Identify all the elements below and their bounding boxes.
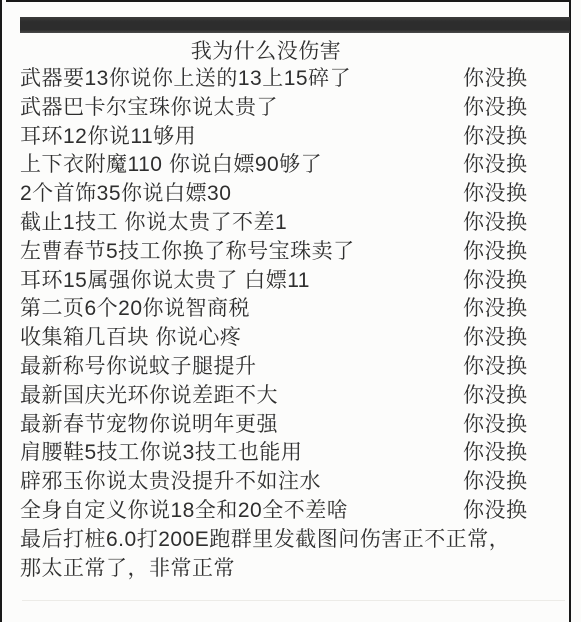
item-status: 你没换 xyxy=(463,411,528,440)
bottom-faint-line xyxy=(22,600,565,601)
item-text: 左曹春节5技工你换了称号宝珠卖了 xyxy=(20,238,355,267)
item-status: 你没换 xyxy=(463,382,528,411)
item-text: 武器要13你说你上送的13上15碎了 xyxy=(20,65,351,94)
list-item: 耳环15属强你说太贵了 白嫖11你没换 xyxy=(20,267,557,296)
item-status: 你没换 xyxy=(463,238,528,267)
list-item: 收集箱几百块 你说心疼你没换 xyxy=(20,324,557,353)
list-item: 2个首饰35你说白嫖30你没换 xyxy=(20,180,557,209)
list-item: 耳环12你说11够用你没换 xyxy=(20,123,557,152)
item-status: 你没换 xyxy=(463,209,528,238)
item-text: 2个首饰35你说白嫖30 xyxy=(20,180,231,209)
item-text: 最新国庆光环你说差距不大 xyxy=(20,382,278,411)
item-status: 你没换 xyxy=(463,353,528,382)
item-text: 截止1技工 你说太贵了不差1 xyxy=(20,209,287,238)
item-text: 第二页6个20你说智商税 xyxy=(20,295,250,324)
left-frame-line xyxy=(0,0,2,622)
item-text: 最新春节宠物你说明年更强 xyxy=(20,411,278,440)
item-status: 你没换 xyxy=(463,468,528,497)
item-status: 你没换 xyxy=(463,439,528,468)
list-item: 最新春节宠物你说明年更强你没换 xyxy=(20,411,557,440)
list-item: 辟邪玉你说太贵没提升不如注水你没换 xyxy=(20,468,557,497)
dark-header-bar xyxy=(20,17,570,33)
item-status: 你没换 xyxy=(463,123,528,152)
list-item: 第二页6个20你说智商税你没换 xyxy=(20,295,557,324)
item-text: 收集箱几百块 你说心疼 xyxy=(20,324,241,353)
list-item: 全身自定义你说18全和20全不差啥你没换 xyxy=(20,497,557,526)
list-item: 左曹春节5技工你换了称号宝珠卖了你没换 xyxy=(20,238,557,267)
item-text: 辟邪玉你说太贵没提升不如注水 xyxy=(20,468,321,497)
page-title: 我为什么没伤害 xyxy=(20,38,512,65)
item-status: 你没换 xyxy=(463,324,528,353)
item-status: 你没换 xyxy=(463,267,528,296)
list-item: 最新称号你说蚊子腿提升你没换 xyxy=(20,353,557,382)
text-content: 我为什么没伤害 武器要13你说你上送的13上15碎了你没换武器巴卡尔宝珠你说太贵… xyxy=(20,38,557,583)
item-status: 你没换 xyxy=(463,151,528,180)
damage-list: 武器要13你说你上送的13上15碎了你没换武器巴卡尔宝珠你说太贵了你没换耳环12… xyxy=(20,65,557,526)
item-status: 你没换 xyxy=(463,295,528,324)
list-item: 上下衣附魔110 你说白嫖90够了你没换 xyxy=(20,151,557,180)
footer-line: 那太正常了，非常正常 xyxy=(20,555,557,584)
item-text: 耳环15属强你说太贵了 白嫖11 xyxy=(20,267,310,296)
item-text: 耳环12你说11够用 xyxy=(20,123,196,152)
top-frame-line xyxy=(6,0,571,2)
list-item: 截止1技工 你说太贵了不差1你没换 xyxy=(20,209,557,238)
right-frame-line xyxy=(569,0,571,622)
item-status: 你没换 xyxy=(463,497,528,526)
footer-lines: 最后打桩6.0打200E跑群里发截图问伤害正不正常， 那太正常了，非常正常 xyxy=(20,526,557,584)
list-item: 武器要13你说你上送的13上15碎了你没换 xyxy=(20,65,557,94)
item-text: 上下衣附魔110 你说白嫖90够了 xyxy=(20,151,322,180)
list-item: 最新国庆光环你说差距不大你没换 xyxy=(20,382,557,411)
screenshot-page: 我为什么没伤害 武器要13你说你上送的13上15碎了你没换武器巴卡尔宝珠你说太贵… xyxy=(0,0,581,622)
item-status: 你没换 xyxy=(463,94,528,123)
item-text: 肩腰鞋5技工你说3技工也能用 xyxy=(20,439,302,468)
item-status: 你没换 xyxy=(463,180,528,209)
item-text: 全身自定义你说18全和20全不差啥 xyxy=(20,497,348,526)
item-text: 武器巴卡尔宝珠你说太贵了 xyxy=(20,94,278,123)
list-item: 武器巴卡尔宝珠你说太贵了你没换 xyxy=(20,94,557,123)
footer-line: 最后打桩6.0打200E跑群里发截图问伤害正不正常， xyxy=(20,526,557,555)
item-text: 最新称号你说蚊子腿提升 xyxy=(20,353,257,382)
item-status: 你没换 xyxy=(463,65,528,94)
list-item: 肩腰鞋5技工你说3技工也能用你没换 xyxy=(20,439,557,468)
